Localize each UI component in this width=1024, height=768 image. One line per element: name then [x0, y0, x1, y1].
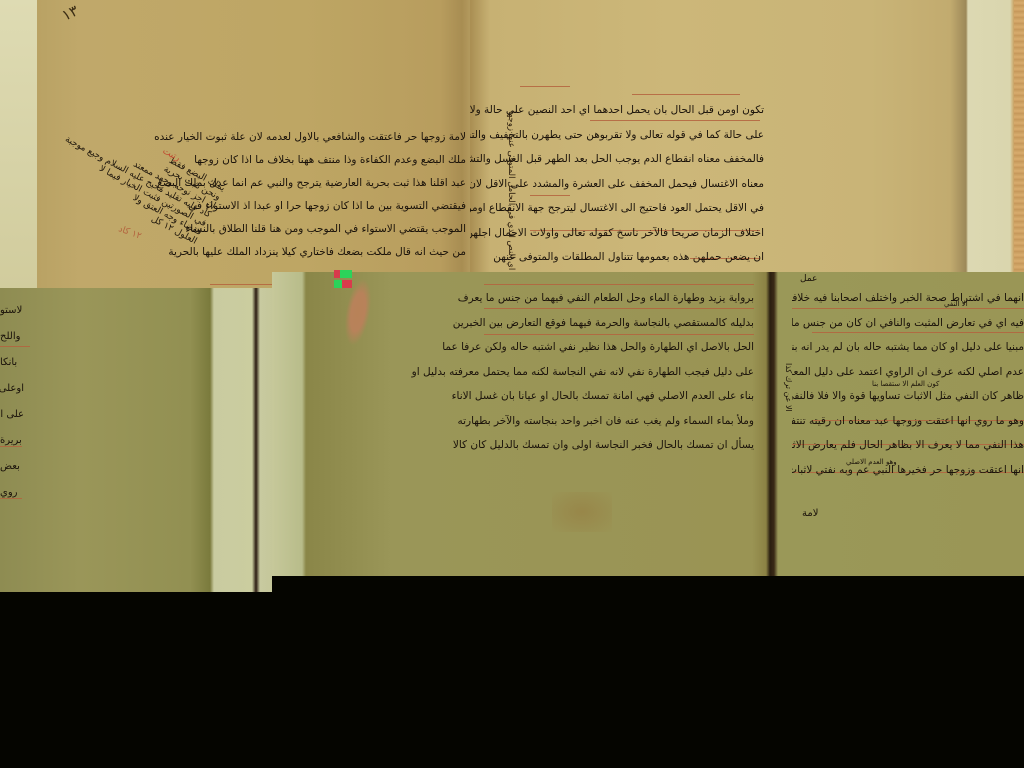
- red-rule: [0, 498, 22, 499]
- text-line: عبد اقلنا هذا ثبت بحرية العارضية يترجح و…: [202, 172, 466, 195]
- main-text-left: برواية يزيد وطهارة الماء وحل الطعام النف…: [482, 286, 754, 458]
- text-line: في الاقل يحتمل العود فاحتيج الى الاغتسال…: [520, 196, 764, 221]
- wooden-surface: [1014, 0, 1024, 272]
- text-fragment: بانكا: [0, 350, 24, 376]
- main-text: تكون اومن قبل الحال بان يحمل احدهما اي ا…: [520, 98, 764, 270]
- main-text: لامة زوجها حر فاعتقت والشافعي بالاول لعد…: [202, 126, 466, 264]
- text-line: لامة زوجها حر فاعتقت والشافعي بالاول لعد…: [202, 126, 466, 149]
- red-rule: [484, 284, 754, 285]
- manuscript-fragment-left: لاستو واللح بانكا اوعلى على الق بريرة بع…: [0, 288, 272, 592]
- text-fragment: على الق: [0, 402, 24, 428]
- text-line: الموجب يقتضي الاستواء في الموجب ومن هنا …: [202, 218, 466, 241]
- text-line: تكون اومن قبل الحال بان يحمل احدهما اي ا…: [520, 98, 764, 123]
- text-line: فيقتضي التسوية بين ما اذا كان زوجها حرا …: [202, 195, 466, 218]
- manuscript-spread-bottom: برواية يزيد وطهارة الماء وحل الطعام النف…: [272, 272, 1024, 576]
- text-fragment: بعض: [0, 454, 24, 480]
- empty-region: [0, 592, 272, 768]
- text-line: فيه اي في تعارض المثبت والنافي ان كان من…: [792, 311, 1024, 336]
- text-line: برواية يزيد وطهارة الماء وحل الطعام النف…: [482, 286, 754, 311]
- text-line: هذا النفي مما لا يعرف الا بظاهر الحال فل…: [792, 433, 1024, 458]
- text-line: الحل بالاصل اي الطهارة والحل هذا نظير نف…: [482, 335, 754, 360]
- manuscript-page-13: ١٣ يملك البضع فقط ونحن نثبت بحرية ان اجز…: [0, 0, 470, 288]
- text-line: بدليله كالمستقصي بالنجاسة والحرمة فيهما …: [482, 311, 754, 336]
- text-line: على دليل فيجب الطهارة نفي لانه نفي النجا…: [482, 360, 754, 385]
- catchword: لامة: [802, 508, 818, 519]
- text-line: ملك البضع وعدم الكفاءة وذا منتف ههنا بخل…: [202, 149, 466, 172]
- text-line: وملأ بماء السماء ولم يغب عنه فان اخبر وا…: [482, 409, 754, 434]
- text-line: بناء على العدم الاصلي فهي امانة تمسك بال…: [482, 384, 754, 409]
- text-fragment: بريرة: [0, 428, 24, 454]
- text-line: عدم اصلي لكنه عرف ان الراوي اعتمد على دل…: [792, 360, 1024, 385]
- text-fragment: لاستو: [0, 298, 24, 324]
- red-margin-note: ١٢ كاد: [117, 224, 143, 241]
- red-rule: [0, 346, 30, 347]
- text-line: ظاهر كان النفي مثل الاثبات تساويها قوة و…: [792, 384, 1024, 409]
- text-line: انهما في اشتراط صحة الخبر واختلف اصحابنا…: [792, 286, 1024, 311]
- red-rule: [632, 94, 740, 95]
- text-line: فالمخفف معناه انقطاع الدم يوجب الحل بعد …: [520, 147, 764, 172]
- page-edge-left: [0, 0, 37, 288]
- text-line: انها اعتقت وزوجها حر فخيرها النبي عم وبه…: [792, 458, 1024, 483]
- paper-stain: [552, 492, 612, 532]
- folio-number: ١٣: [59, 1, 81, 24]
- render-artifact-marker: [334, 270, 352, 288]
- text-line: من حيث انه قال ملكت بضعك فاختاري كيلا ين…: [202, 241, 466, 264]
- manuscript-page-right: اي النص الذي في الحامل المتوفى عنها زوجه…: [470, 0, 1024, 272]
- text-fragment: روي: [0, 480, 24, 506]
- red-rule: [0, 446, 22, 447]
- text-line: على حالة كما في قوله تعالى ولا تقربوهن ح…: [520, 123, 764, 148]
- text-line: اختلاف الزمان صريحا فالآخر ناسخ كقوله تع…: [520, 221, 764, 246]
- empty-region: [272, 576, 1024, 768]
- text-line: معناه الاغتسال فيحمل المخفف على العشرة و…: [520, 172, 764, 197]
- interlinear-note: عمل: [800, 274, 817, 284]
- cut-text: لاستو واللح بانكا اوعلى على الق بريرة بع…: [0, 298, 24, 506]
- text-line: ان يضعن حملهن هذه بعمومها تتناول المطلقا…: [520, 245, 764, 270]
- text-line: يسأل ان تمسك بالحال فخبر النجاسة اولى وا…: [482, 433, 754, 458]
- text-fragment: اوعلى: [0, 376, 24, 402]
- text-line: مبنيا على دليل او كان مما يشتبه حاله بان…: [792, 335, 1024, 360]
- main-text-right: انهما في اشتراط صحة الخبر واختلف اصحابنا…: [792, 286, 1024, 482]
- red-rule: [520, 86, 570, 87]
- text-line: وهو ما روي انها اعتقت وزوجها عبد معناه ا…: [792, 409, 1024, 434]
